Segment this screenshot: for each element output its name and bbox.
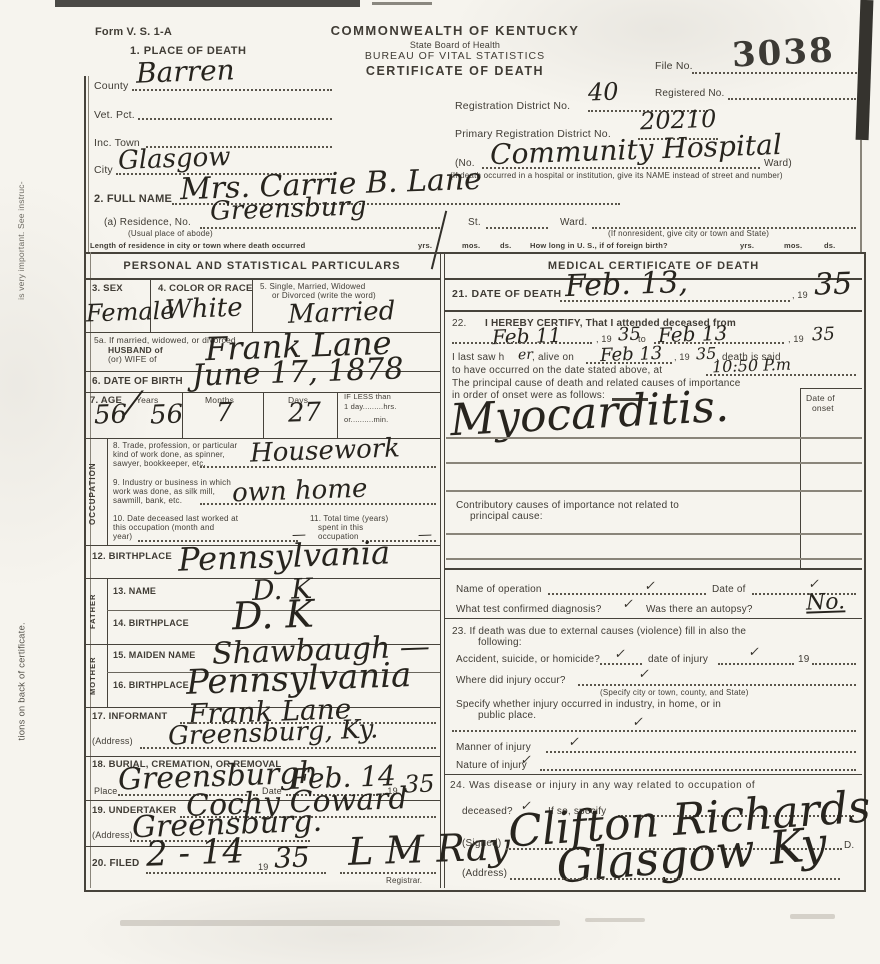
injury-year-line [812, 663, 856, 665]
saw-her-value: er [518, 348, 533, 363]
age-years-value-2: 56 [150, 401, 184, 428]
paper-background: is very important. See instruc- tions on… [0, 0, 880, 964]
mother-vertical-label: MOTHER [89, 652, 102, 700]
length-row-left: Length of residence in city or town wher… [90, 242, 305, 251]
certificate-title: CERTIFICATE OF DEATH [305, 64, 605, 78]
ifless-label-2: 1 day.........hrs. [344, 403, 397, 412]
onset-box-left [800, 388, 801, 568]
age-months-value: 7 [216, 400, 233, 427]
age-slash-stroke: ⁄ [129, 388, 136, 422]
operation-line [548, 593, 706, 595]
border-right-top [860, 140, 862, 252]
dod-label: 21. DATE OF DEATH [452, 288, 562, 300]
saw-year-prefix: , 19 [674, 352, 690, 362]
injury-year-label: 19 [798, 654, 810, 666]
specify-line-1: Specify whether injury occurred in indus… [456, 699, 721, 711]
injury-date-line [718, 663, 794, 665]
where-label: Where did injury occur? [456, 675, 566, 687]
occurred-line: to have occurred on the date stated abov… [452, 365, 662, 377]
row21-rule [445, 310, 862, 312]
bp14-value: D. K [231, 595, 314, 636]
operation-check: ✓ [644, 580, 655, 593]
item24-line-1: 24. Was disease or injury in any way rel… [450, 780, 755, 792]
form-number: Form V. S. 1-A [95, 26, 172, 39]
reg-district-value: 40 [588, 79, 619, 104]
reg-district-label: Registration District No. [455, 100, 570, 112]
father-cell-divider [107, 578, 108, 644]
spouse-label-3: (or) WIFE of [108, 355, 157, 365]
injury-date-label: date of injury [648, 654, 708, 666]
age-years-value: 56 [94, 401, 128, 428]
occ9-label-3: sawmill, bank, etc. [113, 496, 182, 505]
where-line [578, 684, 856, 686]
certify-year-prefix-2: , 19 [788, 334, 804, 344]
informant-addr-label: (Address) [92, 736, 133, 746]
occ9-label-2: work was done, as silk mill, [113, 487, 215, 496]
test-label: What test confirmed diagnosis? [456, 604, 602, 616]
nature-rule [445, 774, 862, 775]
occ9-line [200, 503, 436, 505]
personal-title: PERSONAL AND STATISTICAL PARTICULARS [84, 260, 440, 273]
contrib-line-2 [446, 558, 862, 560]
onset-label-2: onset [812, 404, 834, 414]
accident-check: ✓ [614, 648, 625, 661]
filed-year-value: 35 [274, 843, 311, 872]
certify-year-prefix-1: , 19 [596, 334, 612, 344]
length-ds-2: ds. [824, 242, 835, 251]
st-line [486, 227, 548, 229]
cause-line-3 [446, 490, 862, 492]
occ11-label-1: 11. Total time (years) [310, 514, 388, 523]
autopsy-label: Was there an autopsy? [646, 604, 753, 616]
saw-line-2: , alive on [532, 352, 574, 364]
certify-to-line [654, 342, 784, 344]
occ8-label-2: kind of work done, as spinner, [113, 450, 225, 459]
nature-check: ✓ [520, 754, 531, 767]
board-subtitle: State Board of Health [305, 40, 605, 50]
hospital-suffix: Ward) [764, 158, 792, 170]
mother-cell-divider [107, 644, 108, 708]
nature-label: Nature of injury [456, 760, 527, 772]
father-vertical-label: FATHER [89, 588, 102, 634]
occ8-value: Housework [250, 435, 401, 466]
operation-date-check: ✓ [808, 578, 819, 591]
race-value: White [165, 295, 243, 324]
maiden15-label: 15. MAIDEN NAME [113, 650, 196, 660]
residence-value: Greensburg [210, 193, 367, 224]
age-days-value: 27 [288, 399, 322, 426]
marital-label-1: 5. Single, Married, Widowed [260, 282, 365, 291]
physician-addr-label: (Address) [462, 868, 507, 880]
commonwealth-title: COMMONWEALTH OF KENTUCKY [305, 24, 605, 39]
specify-answer-line [452, 730, 856, 732]
registered-no-line [728, 98, 856, 100]
dod-value: Feb. 13, [565, 268, 689, 302]
bureau-subtitle: BUREAU OF VITAL STATISTICS [305, 50, 605, 62]
bottom-smudge-2 [585, 918, 645, 922]
dod-line [560, 300, 790, 302]
margin-note-bottom: tions on back of certificate. [18, 570, 29, 740]
border-left-top-inner [88, 76, 89, 252]
burial-year-value: 35 [404, 771, 435, 796]
length-yrs: yrs. [418, 242, 432, 251]
cause-line-1 [446, 437, 862, 439]
length-mos-2: mos. [784, 242, 802, 251]
accident-line [600, 663, 642, 665]
occ8-line [200, 466, 436, 468]
contributory-label-1: Contributory causes of importance not re… [456, 500, 679, 512]
vet-pct-label: Vet. Pct. [94, 109, 135, 121]
occupation-cell-divider [107, 438, 108, 545]
county-value: Barren [136, 56, 236, 87]
column-divider [440, 252, 441, 888]
vet-pct-line [138, 118, 332, 120]
scanned-death-certificate: is very important. See instruc- tions on… [0, 0, 880, 964]
residence-line [200, 227, 440, 229]
certify-to-year: 35 [812, 326, 836, 345]
age-div-2 [263, 392, 264, 438]
dod-year-value: 35 [813, 269, 852, 300]
autopsy-value: No. [806, 591, 846, 614]
occupation-vertical-label: OCCUPATION [88, 452, 102, 536]
saw-line-1: I last saw h [452, 352, 504, 364]
dod-year-prefix: , 19 [792, 290, 808, 300]
bp12-value: Pennsylvania [178, 536, 391, 575]
occ10-label-2: this occupation (month and [113, 523, 214, 532]
border-left-top [84, 76, 86, 252]
sex-label: 3. SEX [92, 284, 123, 295]
burial-place-label: Place [94, 786, 118, 796]
physician-addr-line [510, 878, 840, 880]
specify-note: (Specify city or town, county, and State… [600, 688, 749, 697]
saw-date-value: Feb 13 [600, 345, 663, 365]
occ9-value: own home [232, 476, 368, 507]
registrar-label: Registrar. [386, 876, 422, 885]
accident-label: Accident, suicide, or homicide? [456, 654, 600, 666]
certify-from-line [452, 342, 592, 344]
file-no-line [692, 72, 857, 74]
onset-box-top [800, 388, 862, 389]
ifless-label-1: IF LESS than [344, 393, 391, 402]
nature-line [540, 769, 856, 771]
where-check: ✓ [638, 668, 649, 681]
length-yrs-2: yrs. [740, 242, 754, 251]
city-label: City [94, 164, 113, 176]
margin-note-top: is very important. See instruc- [17, 100, 27, 300]
file-no-value: 3038 [731, 33, 835, 72]
cause-line-2 [446, 462, 862, 464]
contributory-label-2: principal cause: [470, 511, 543, 523]
occ10-label-3: year) [113, 532, 132, 541]
abode-note: (Usual place of abode) [128, 229, 213, 238]
dob-value: June 17, 1878 [192, 354, 404, 391]
residence-label: (a) Residence, No. [104, 217, 191, 229]
occ11-label-2: spent in this [318, 523, 363, 532]
occ8-label-3: sawyer, bookkeeper, etc. [113, 459, 206, 468]
item22-number: 22. [452, 318, 467, 330]
hospital-note: (If death occurred in a hospital or inst… [450, 171, 783, 180]
bottom-smudge [120, 920, 560, 926]
specify-check: ✓ [632, 716, 643, 729]
county-label: County [94, 80, 128, 92]
filed-year-prefix: 19 [258, 862, 268, 872]
ifless-label-3: or..........min. [344, 416, 388, 425]
torn-edge-fragment [372, 2, 432, 5]
deceased-label: deceased? [462, 806, 513, 818]
manner-check: ✓ [568, 736, 579, 749]
ward-label: Ward. [560, 217, 587, 229]
contrib-line-1 [446, 533, 862, 535]
manner-label: Manner of injury [456, 742, 531, 754]
personal-title-rule [84, 278, 440, 280]
file-no-label: File No. [655, 60, 693, 72]
filed-line [146, 872, 326, 874]
primary-reg-value: 20210 [640, 107, 717, 134]
registrar-line [340, 872, 436, 874]
item23-line-1: 23. If death was due to external causes … [452, 626, 746, 638]
filed-label: 20. FILED [92, 858, 139, 870]
name13-label: 13. NAME [113, 586, 156, 596]
torn-edge-right [856, 0, 874, 140]
length-mos: mos. [462, 242, 480, 251]
operation-label: Name of operation [456, 584, 542, 596]
sex-value: Female [86, 298, 175, 325]
age-div-3 [337, 392, 338, 438]
occ10-label-1: 10. Date deceased last worked at [113, 514, 238, 523]
hospital-line [482, 167, 760, 169]
filed-value: 2 - 14 [145, 834, 244, 871]
torn-edge-strip [55, 0, 360, 7]
bottom-smudge-3 [790, 914, 835, 919]
full-name-label: 2. FULL NAME [94, 193, 172, 206]
bp16-label: 16. BIRTHPLACE [113, 680, 189, 690]
county-line [132, 89, 332, 91]
occ9-label-1: 9. Industry or business in which [113, 478, 231, 487]
occ8-label-1: 8. Trade, profession, or particular [113, 441, 237, 450]
item23-line-2: following: [478, 637, 522, 649]
autopsy-rule [445, 618, 862, 619]
bp14-label: 14. BIRTHPLACE [113, 618, 189, 628]
hospital-value: Community Hospital [490, 131, 783, 169]
specify-line-2: public place. [478, 710, 536, 722]
informant-addr-line [140, 747, 436, 749]
manner-line [546, 751, 856, 753]
st-label: St. [468, 217, 481, 229]
signed-suffix: D. [844, 840, 854, 852]
length-row-right: How long in U. S., if of foreign birth? [530, 242, 668, 251]
nonresident-note: (If nonresident, give city or town and S… [608, 229, 769, 238]
time-line [706, 374, 856, 376]
column-divider-2 [444, 252, 445, 888]
undertaker-addr-label: (Address) [92, 830, 133, 840]
length-ds: ds. [500, 242, 511, 251]
time-value: 10:50 P.m [712, 357, 791, 376]
informant-addr-value: Greensburg, Ky. [168, 716, 379, 749]
signed-label: (Signed) [462, 838, 501, 850]
contrib-bottom-rule [445, 568, 862, 570]
test-check: ✓ [622, 598, 633, 611]
city-value: Glasgow [118, 144, 231, 174]
informant-label: 17. INFORMANT [92, 712, 167, 723]
registered-no-label: Registered No. [655, 88, 725, 100]
left-inner-rule [90, 252, 91, 888]
injury-date-check: ✓ [748, 646, 759, 659]
bp12-label: 12. BIRTHPLACE [92, 552, 172, 563]
operation-date-label: Date of [712, 584, 746, 596]
dob-label: 6. DATE OF BIRTH [92, 376, 183, 388]
